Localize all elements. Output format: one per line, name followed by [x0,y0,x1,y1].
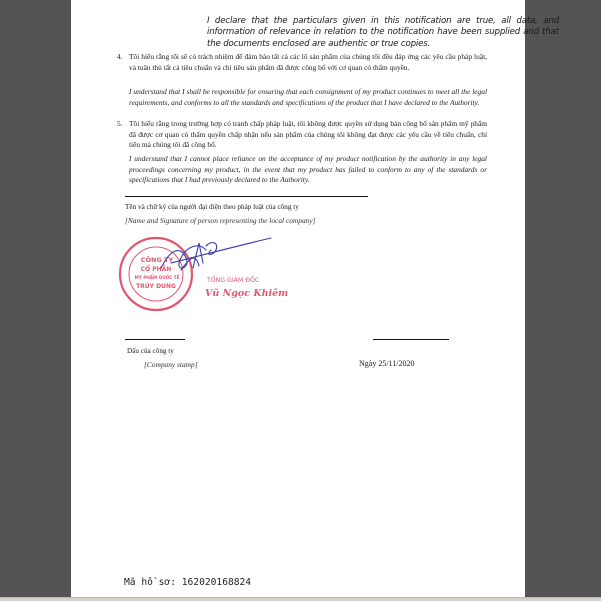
item-5-vietnamese: Tôi hiểu rằng trong trường hợp có tranh … [129,119,487,151]
item-5-english: I understand that I cannot place relianc… [129,154,487,186]
company-stamp-label-vietnamese: Dấu của công ty [127,347,174,355]
signature-line [125,196,368,197]
item-4-vietnamese: Tôi hiểu rằng tôi sẽ có trách nhiệm để đ… [129,52,487,73]
signature-label-vietnamese: Tên và chữ ký của người đại diện theo ph… [125,203,299,211]
company-stamp-label-english: [Company stamp] [144,360,198,369]
svg-text:⋅ ⋅ ⋅ ⋅ ⋅ ⋅ ⋅ ⋅ ⋅ ⋅: ⋅ ⋅ ⋅ ⋅ ⋅ ⋅ ⋅ ⋅ ⋅ ⋅ [149,240,173,245]
viewer-bottom-bar [0,597,601,601]
item-5-number: 5. [117,119,123,130]
signature-label-english: [Name and Signature of person representi… [125,216,316,225]
svg-text:⋅ ⋅ ⋅ ⋅ ⋅ ⋅ ⋅: ⋅ ⋅ ⋅ ⋅ ⋅ ⋅ ⋅ [147,304,164,309]
document-page: I declare that the particulars given in … [71,0,525,597]
declaration-english: I declare that the particulars given in … [207,16,559,50]
svg-text:CỔ PHẦN: CỔ PHẦN [141,264,172,273]
document-date: Ngày 25/11/2020 [359,359,414,368]
date-line [373,339,449,340]
item-4-english: I understand that I shall be responsible… [129,87,487,108]
record-code: Mã hồ sơ: 162020168824 [124,577,251,588]
svg-text:TỔNG GIÁM ĐỐC: TỔNG GIÁM ĐỐC [206,274,259,284]
company-stamp-seal: CÔNG TY CỔ PHẦN MỸ PHẨM QUỐC TẾ TRÚY DUN… [111,228,311,323]
svg-text:TRÚY DUNG: TRÚY DUNG [136,283,176,290]
svg-text:MỸ PHẨM QUỐC TẾ: MỸ PHẨM QUỐC TẾ [135,274,180,280]
item-4-number: 4. [117,52,123,63]
svg-text:Vũ Ngọc Khiêm: Vũ Ngọc Khiêm [205,288,288,299]
company-stamp-line [125,339,185,340]
